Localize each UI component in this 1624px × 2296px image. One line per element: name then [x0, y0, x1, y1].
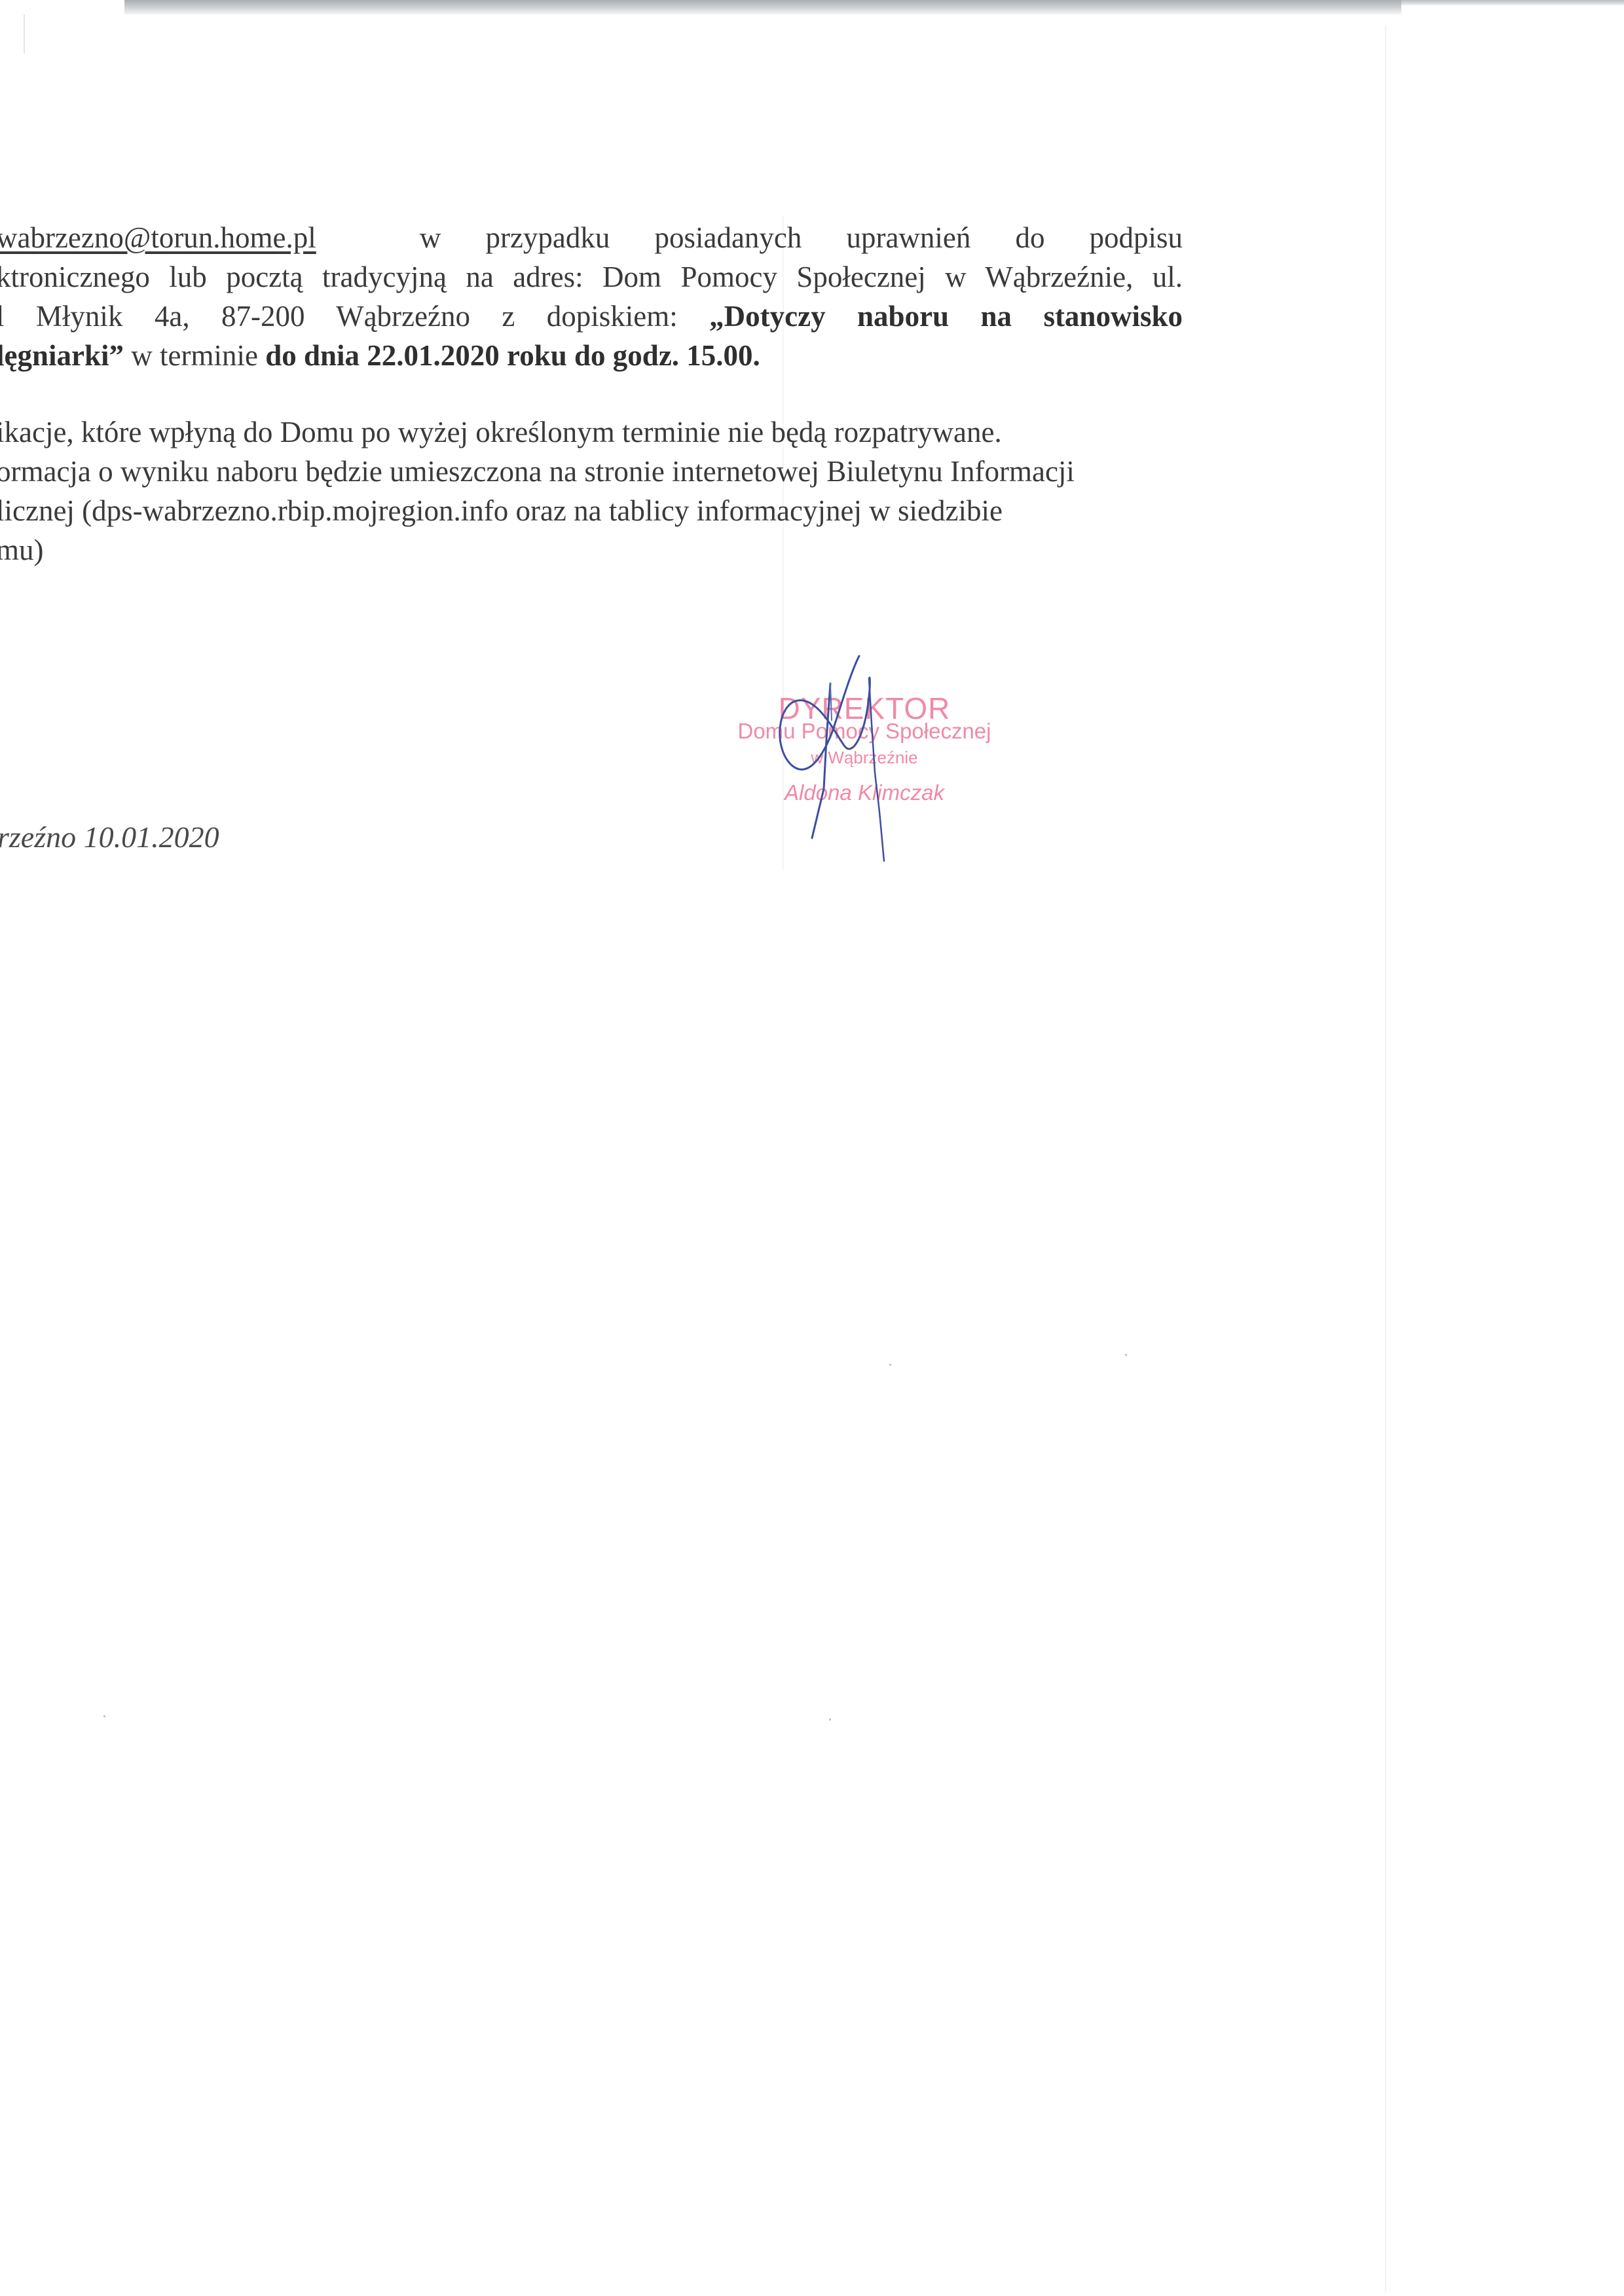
- paragraph-line: wabrzezno@torun.home.pl w przypadku posi…: [0, 218, 1183, 257]
- scan-shadow-top-right: [1401, 0, 1624, 5]
- page-edge-right: [1385, 26, 1386, 2291]
- handwritten-signature-icon: [681, 642, 1048, 864]
- paragraph-line: mu): [0, 530, 1188, 570]
- paragraph-text: w terminie: [124, 339, 265, 372]
- scan-speck: [889, 1364, 891, 1366]
- director-stamp: DYREKTOR Domu Pomocy Społecznej w Wąbrze…: [681, 642, 1048, 864]
- paragraph-line: l Młynik 4a, 87-200 Wąbrzeźno z dopiskie…: [0, 297, 1183, 336]
- page-edge-left: [24, 14, 25, 54]
- subject-note-bold: lęgniarki”: [0, 339, 124, 372]
- paragraph-line: ormacja o wyniku naboru będzie umieszczo…: [0, 452, 1188, 491]
- paragraph-text: w przypadku posiadanych uprawnień do pod…: [420, 221, 1183, 254]
- place-and-date: rzeźno 10.01.2020: [0, 820, 219, 854]
- email-link[interactable]: wabrzezno@torun.home.pl: [0, 221, 316, 254]
- deadline-bold: do dnia 22.01.2020 roku do godz. 15.00.: [265, 339, 760, 372]
- submission-instructions-paragraph: wabrzezno@torun.home.pl w przypadku posi…: [0, 218, 1183, 375]
- paragraph-text: l Młynik 4a, 87-200 Wąbrzeźno z dopiskie…: [0, 300, 709, 333]
- scan-speck: [103, 1715, 105, 1717]
- paragraph-line: licznej (dps-wabrzezno.rbip.mojregion.in…: [0, 491, 1188, 530]
- paragraph-line: ktronicznego lub pocztą tradycyjną na ad…: [0, 257, 1183, 297]
- paragraph-line: lęgniarki” w terminie do dnia 22.01.2020…: [0, 336, 1183, 375]
- subject-note-bold: „Dotyczy naboru na stanowisko: [709, 300, 1183, 333]
- paragraph-line: ikacje, które wpłyną do Domu po wyżej ok…: [0, 412, 1188, 452]
- scan-shadow-top: [124, 0, 1401, 14]
- results-info-paragraph: ikacje, które wpłyną do Domu po wyżej ok…: [0, 412, 1188, 570]
- scan-speck: [1125, 1354, 1127, 1356]
- scan-speck: [829, 1719, 831, 1721]
